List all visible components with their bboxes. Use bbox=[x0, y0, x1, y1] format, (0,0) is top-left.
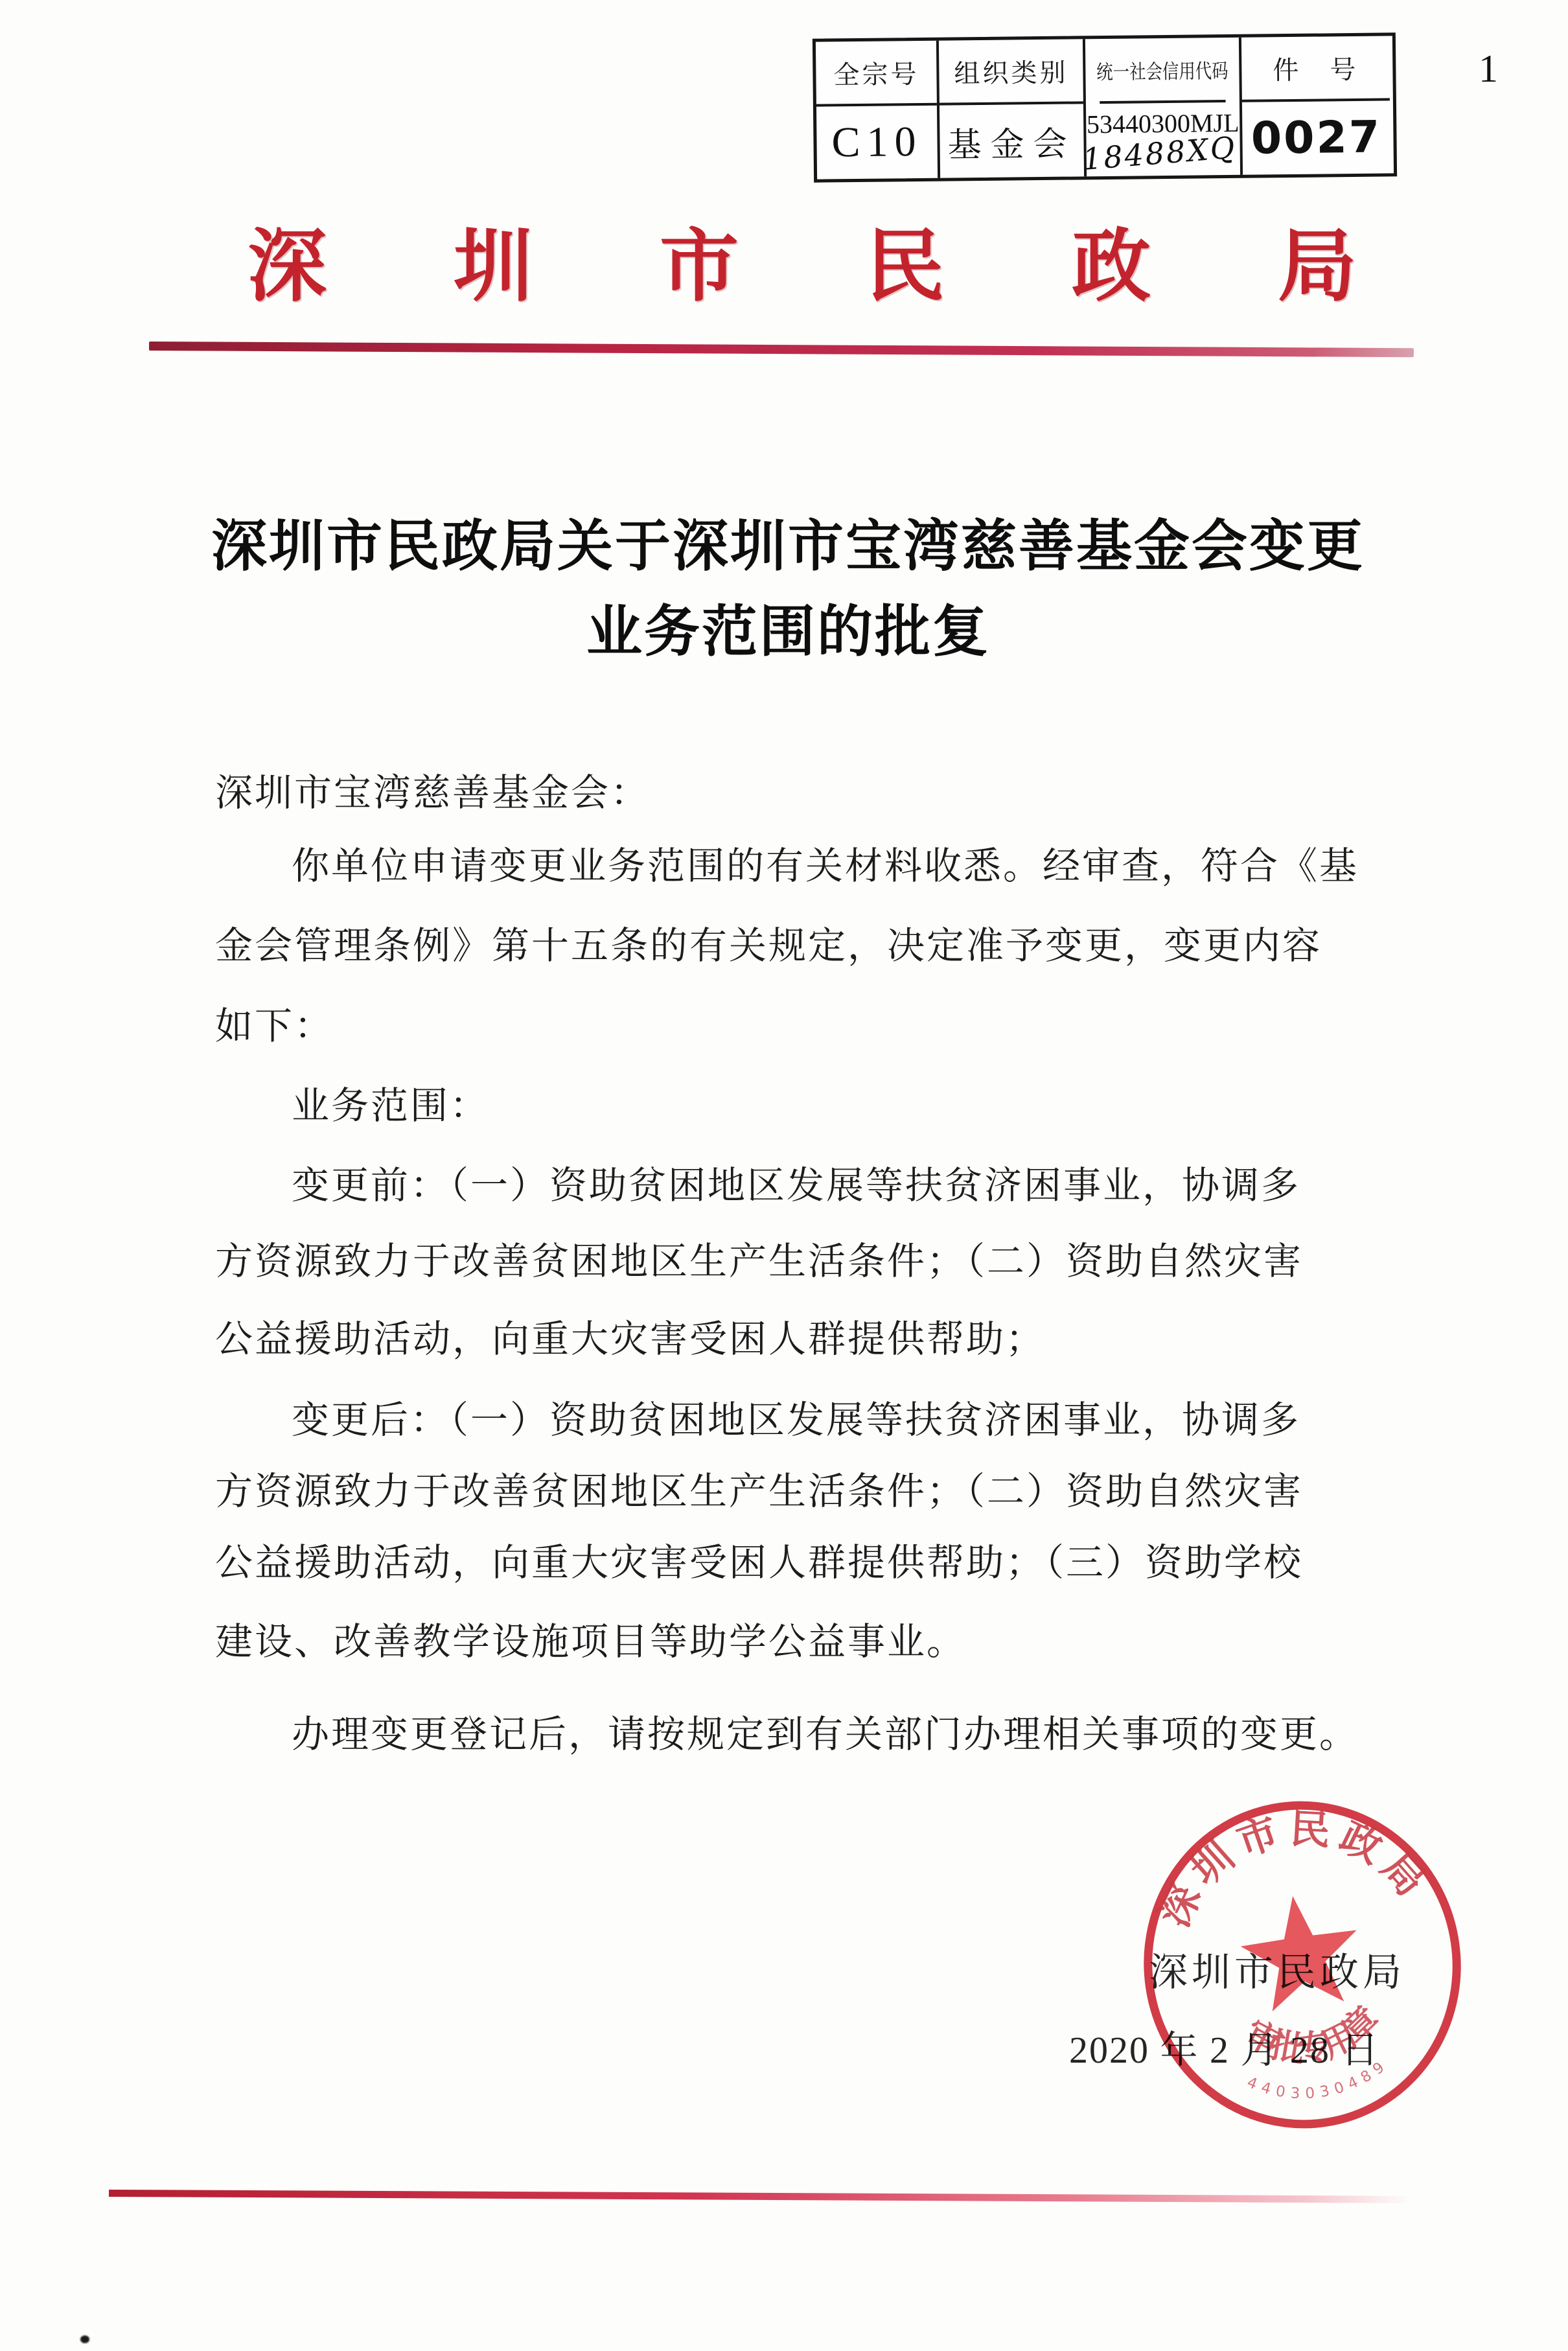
body-line: 建设、改善教学设施项目等助学公益事业。 bbox=[215, 1621, 966, 1663]
document-title-line2: 业务范围的批复 bbox=[586, 604, 990, 660]
archive-header-credit-code: 统一社会信用代码 bbox=[1099, 38, 1225, 104]
body-line: 方资源致力于改善贫困地区生产生活条件；（二）资助自然灾害 bbox=[215, 1471, 1303, 1512]
body-line: 办理变更登记后，请按规定到有关部门办理相关事项的变更。 bbox=[292, 1714, 1359, 1755]
archive-col-item-number: 件 号 0027 bbox=[1241, 36, 1390, 174]
seal-star-icon bbox=[1235, 1888, 1366, 2014]
archive-value-item-number: 0027 bbox=[1242, 100, 1390, 174]
letterhead-divider-line bbox=[149, 342, 1414, 357]
ink-dot-artifact bbox=[80, 2335, 89, 2343]
body-line: 如下： bbox=[215, 1006, 334, 1047]
letterhead-agency-name: 深圳市民政局 bbox=[248, 228, 1484, 307]
body-line: 方资源致力于改善贫困地区生产生活条件；（二）资助自然灾害 bbox=[215, 1241, 1303, 1282]
body-line: 你单位申请变更业务范围的有关材料收悉。经审查，符合《基 bbox=[292, 846, 1359, 887]
official-seal: 深圳市民政局 审批专用章 4403030489 bbox=[1112, 1774, 1492, 2155]
page-number: 1 bbox=[1479, 47, 1498, 91]
archive-col-fond-number: 全宗号 C10 bbox=[816, 41, 940, 180]
archive-stamp-box: 全宗号 C10 组织类别 基金会 统一社会信用代码 53440300MJL 18… bbox=[813, 32, 1397, 182]
archive-value-fond-number: C10 bbox=[816, 106, 938, 180]
body-line: 金会管理条例》第十五条的有关规定，决定准予变更，变更内容 bbox=[215, 925, 1322, 967]
document-page: 全宗号 C10 组织类别 基金会 统一社会信用代码 53440300MJL 18… bbox=[0, 0, 1568, 2351]
archive-value-credit-code: 53440300MJL 18488XQ bbox=[1086, 102, 1240, 176]
body-line: 变更后：（一）资助贫困地区发展等扶贫济困事业，协调多 bbox=[292, 1400, 1300, 1441]
archive-header-org-type: 组织类别 bbox=[939, 39, 1083, 105]
document-body: 深圳市宝湾慈善基金会：你单位申请变更业务范围的有关材料收悉。经审查，符合《基金会… bbox=[215, 772, 1420, 1777]
archive-col-credit-code: 统一社会信用代码 53440300MJL 18488XQ bbox=[1085, 38, 1243, 177]
body-line: 变更前：（一）资助贫困地区发展等扶贫济困事业，协调多 bbox=[292, 1165, 1300, 1207]
archive-value-org-type: 基金会 bbox=[940, 104, 1084, 178]
footer-divider-line bbox=[109, 2190, 1411, 2203]
archive-header-fond-number: 全宗号 bbox=[816, 41, 937, 107]
archive-header-item-number: 件 号 bbox=[1241, 36, 1390, 102]
seal-bottom-text: 审批专用章 bbox=[1234, 1995, 1391, 2078]
body-line: 公益援助活动，向重大灾害受困人群提供帮助； bbox=[215, 1319, 1045, 1360]
body-line: 业务范围： bbox=[292, 1085, 489, 1127]
archive-col-org-type: 组织类别 基金会 bbox=[939, 39, 1087, 178]
body-line: 深圳市宝湾慈善基金会： bbox=[215, 772, 650, 814]
body-line: 公益援助活动，向重大灾害受困人群提供帮助；（三）资助学校 bbox=[215, 1542, 1303, 1584]
document-title-line1: 深圳市民政局关于深圳市宝湾慈善基金会变更 bbox=[211, 518, 1365, 574]
